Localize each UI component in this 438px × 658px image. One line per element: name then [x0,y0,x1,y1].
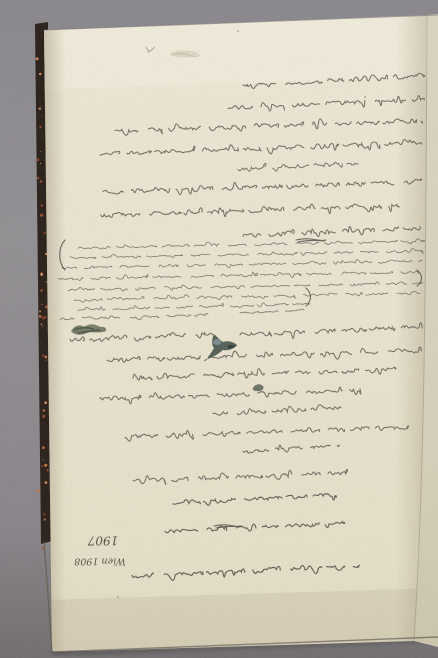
manuscript-photo: 1907 Wien 1908 [0,0,438,658]
photo-grain-overlay [0,0,438,658]
manuscript-scene: 1907 Wien 1908 [0,0,438,658]
